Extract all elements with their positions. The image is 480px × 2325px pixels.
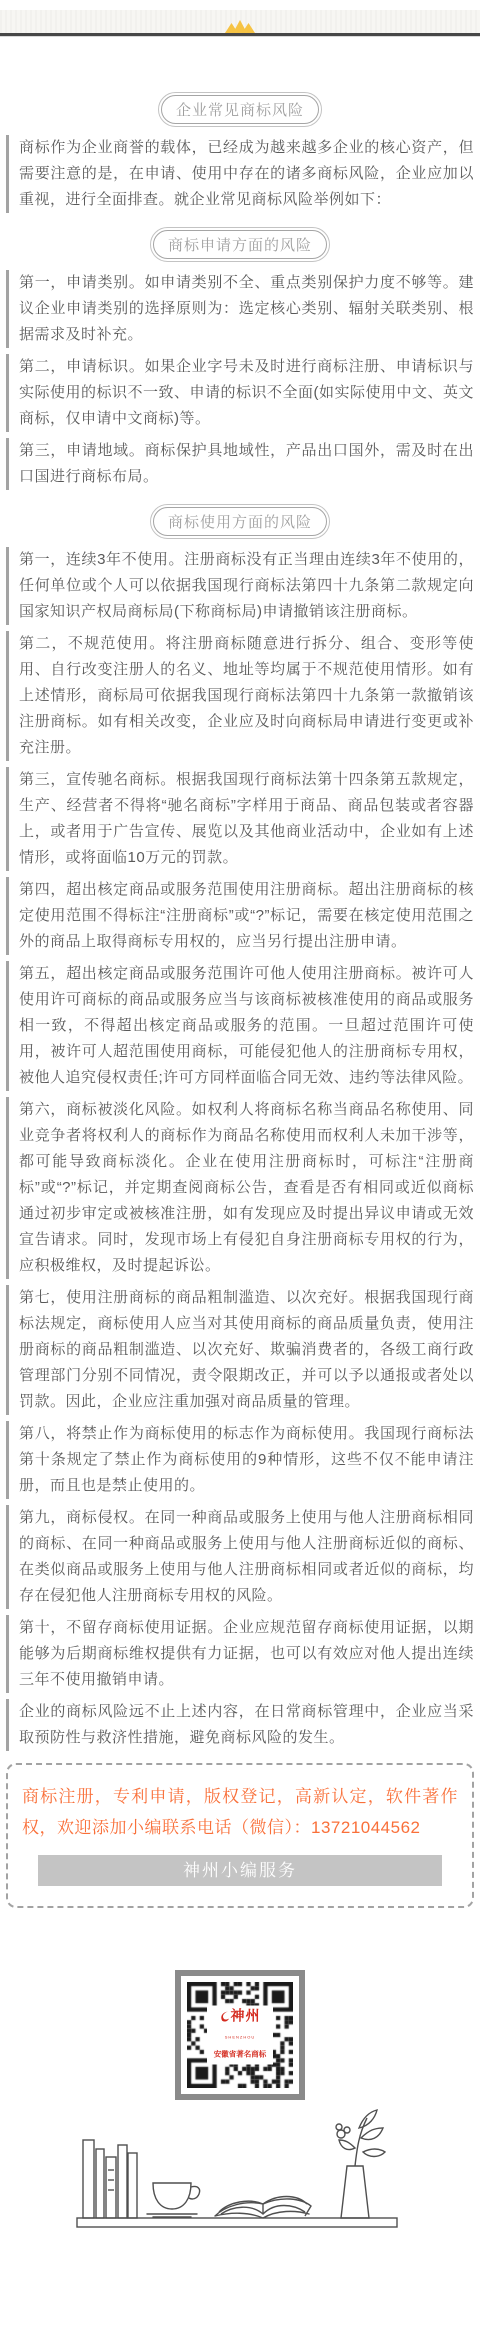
service-button[interactable]: 神州小编服务 [38,1855,442,1886]
usage-risk-6: 第六，商标被淡化风险。如权利人将商标名称当商品名称使用、同业竞争者将权利人的商标… [6,1097,474,1279]
badge-ring: 商标使用方面的风险 [150,504,330,539]
footer-illustration [0,2108,480,2253]
closing-paragraph: 企业的商标风险远不止上述内容，在日常商标管理中，企业应当采取预防性与救济性措施，… [6,1699,474,1751]
application-risk-3: 第三，申请地域。商标保护具地域性，产品出口国外，需及时在出口国进行商标布局。 [6,438,474,490]
article-page: 企业常见商标风险 商标作为企业商誉的载体，已经成为越来越多企业的核心资产，但需要… [0,0,480,2325]
usage-risk-1: 第一，连续3年不使用。注册商标没有正当理由连续3年不使用的，任何单位或个人可以依… [6,547,474,625]
usage-risk-5: 第五，超出核定商品或服务范围许可他人使用注册商标。被许可人使用许可商标的商品或服… [6,961,474,1091]
article-content: 企业常见商标风险 商标作为企业商誉的载体，已经成为越来越多企业的核心资产，但需要… [0,92,480,1751]
qr-center-logo: 神州 SHENZHOU 安徽省著名商标 [207,2006,273,2065]
intro-paragraph: 商标作为企业商誉的载体，已经成为越来越多企业的核心资产，但需要注意的是，在申请、… [6,135,474,213]
brand-logo: 神州 [220,2008,261,2024]
qr-section: 神州 SHENZHOU 安徽省著名商标 [0,1970,480,2100]
usage-risk-3: 第三，宣传驰名商标。根据我国现行商标法第十四条第五款规定，生产、经营者不得将“驰… [6,767,474,871]
badge-label: 商标申请方面的风险 [153,230,327,259]
badge-ring: 商标申请方面的风险 [150,227,330,262]
usage-risk-9: 第九，商标侵权。在同一种商品或服务上使用与他人注册商标相同的商标、在同一种商品或… [6,1505,474,1609]
usage-risk-2: 第二，不规范使用。将注册商标随意进行拆分、组合、变形等使用、自行改变注册人的名义… [6,631,474,761]
usage-risk-7: 第七，使用注册商标的商品粗制滥造、以次充好。根据我国现行商标法规定，商标使用人应… [6,1285,474,1415]
badge-label: 商标使用方面的风险 [153,507,327,536]
application-risk-2: 第二，申请标识。如果企业字号未及时进行商标注册、申请标识与实际使用的标识不一致、… [6,354,474,432]
top-line-shadow [0,36,480,37]
usage-risk-8: 第八，将禁止作为商标使用的标志作为商标使用。我国现行商标法第十条规定了禁止作为商… [6,1421,474,1499]
usage-risk-4: 第四，超出核定商品或服务范围使用注册商标。超出注册商标的核定使用范围不得标注“注… [6,877,474,955]
qr-caption: 安徽省著名商标 [214,2050,267,2059]
application-risk-1: 第一，申请类别。如申请类别不全、重点类别保护力度不够等。建议企业申请类别的选择原… [6,270,474,348]
mountain-peaks-icon [225,20,255,33]
section-badge-usage: 商标使用方面的风险 [6,504,474,539]
section-badge-common: 企业常见商标风险 [6,92,474,127]
swoosh-icon [220,2011,230,2023]
qr-code: 神州 SHENZHOU 安徽省著名商标 [175,1970,305,2100]
badge-ring: 企业常见商标风险 [158,92,322,127]
badge-label: 企业常见商标风险 [161,95,319,124]
brand-logo-latin: SHENZHOU [225,2035,255,2040]
contact-box: 商标注册，专利申请，版权登记，高新认定，软件著作权，欢迎添加小编联系电话（微信）… [6,1763,474,1908]
shelf [77,2218,397,2227]
usage-risk-10: 第十，不留存商标使用证据。企业应规范留存商标使用证据，以期能够为后期商标维权提供… [6,1615,474,1693]
contact-promo-text: 商标注册，专利申请，版权登记，高新认定，软件著作权，欢迎添加小编联系电话（微信）… [22,1781,458,1843]
top-divider [0,0,480,36]
section-badge-application: 商标申请方面的风险 [6,227,474,262]
shelf-illustration [75,2108,405,2248]
